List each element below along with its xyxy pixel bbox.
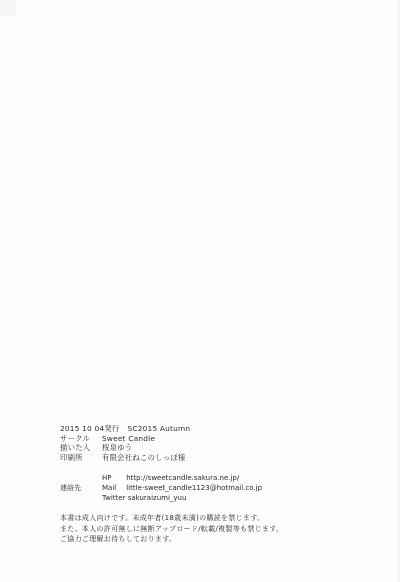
printer-row: 印刷所 有限会社ねこのしっぽ様 <box>60 453 190 463</box>
notice-line-thanks: ご協力ご理解お待ちしております。 <box>60 534 283 545</box>
contact-lines: HP http://sweetcandle.sakura.ne.jp/ Mail… <box>102 473 262 503</box>
printer-label: 印刷所 <box>60 453 102 463</box>
page-corner-shadow <box>0 0 16 16</box>
artist-row: 描いた人 桜泉ゆう <box>60 443 190 453</box>
mail-key: Mail <box>102 483 124 493</box>
homepage-key: HP <box>102 473 124 483</box>
artist-value: 桜泉ゆう <box>102 443 132 453</box>
twitter-line: Twitter sakuraizumi_yuu <box>102 493 262 503</box>
artist-label: 描いた人 <box>60 443 102 453</box>
homepage-line: HP http://sweetcandle.sakura.ne.jp/ <box>102 473 262 483</box>
contact-block: 連絡先 HP http://sweetcandle.sakura.ne.jp/ … <box>60 473 262 503</box>
event-name: SC2015 Autumn <box>128 424 191 434</box>
circle-value: Sweet Candle <box>102 434 155 444</box>
notice-line-adult: 本書は成人向けです。未成年者(18歳未満)の購読を禁じます。 <box>60 513 283 524</box>
notice-line-copyright: また、本人の許可無しに無断アップロード/転載/複製等も禁じます。 <box>60 524 283 535</box>
circle-label: サークル <box>60 434 102 444</box>
page-edge-shadow <box>396 0 400 582</box>
circle-row: サークル Sweet Candle <box>60 434 190 444</box>
contact-label: 連絡先 <box>60 473 102 503</box>
colophon: 2015 10 04発行 SC2015 Autumn サークル Sweet Ca… <box>60 424 190 462</box>
homepage-url: http://sweetcandle.sakura.ne.jp/ <box>126 474 239 482</box>
twitter-key: Twitter <box>102 494 125 502</box>
publish-date: 2015 10 04発行 <box>60 424 120 434</box>
printer-value: 有限会社ねこのしっぽ様 <box>102 453 186 463</box>
mail-line: Mail little-sweet_candle1123@hotmail.co.… <box>102 483 262 493</box>
publish-line: 2015 10 04発行 SC2015 Autumn <box>60 424 190 434</box>
mail-address: little-sweet_candle1123@hotmail.co.jp <box>126 484 262 492</box>
twitter-handle: sakuraizumi_yuu <box>128 494 187 502</box>
notice-block: 本書は成人向けです。未成年者(18歳未満)の購読を禁じます。 また、本人の許可無… <box>60 513 283 545</box>
book-back-page: 2015 10 04発行 SC2015 Autumn サークル Sweet Ca… <box>0 0 400 582</box>
